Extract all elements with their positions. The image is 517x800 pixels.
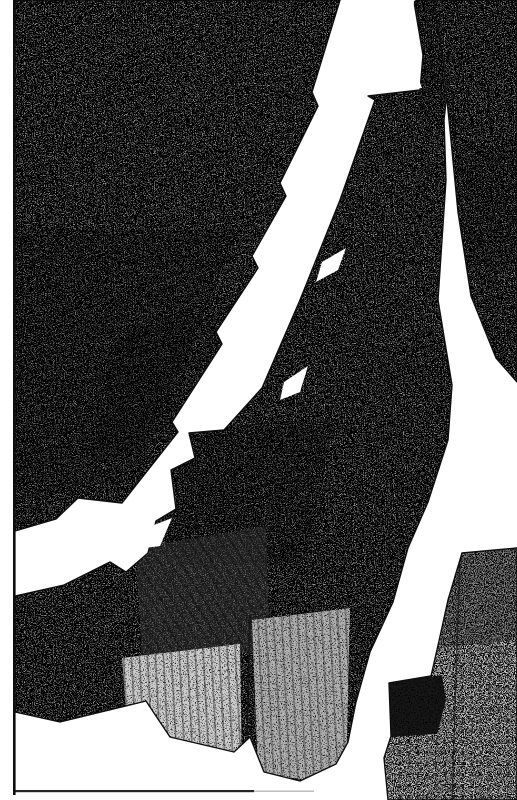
bottom-border-rule	[14, 790, 254, 792]
scanned-photo-page: Aerial halftone photograph of dense city…	[0, 0, 517, 800]
left-border-rule	[13, 0, 16, 795]
lower-right-window-dots-2	[394, 738, 466, 800]
halftone-aerial-photograph: Aerial halftone photograph of dense city…	[0, 0, 517, 800]
bottom-border-rule-faint	[254, 791, 314, 792]
tower-dark-roof	[389, 675, 446, 737]
foreground-facade-right	[252, 608, 350, 784]
